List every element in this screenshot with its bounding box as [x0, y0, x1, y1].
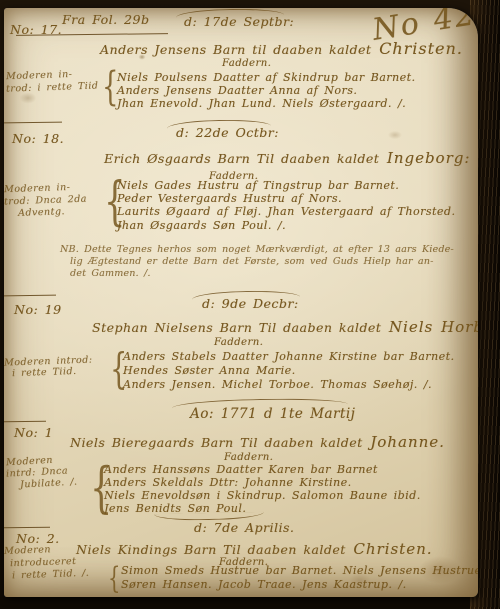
witness-line: Hendes Søster Anna Marie. — [123, 364, 296, 377]
witness-line: Niels Enevoldsøn i Skindrup. Salomon Bau… — [104, 489, 421, 502]
witness-line: Anders Skeldals Dttr: Johanne Kirstine. — [104, 476, 352, 489]
entry-title: Anders Jensens Barn til daaben kaldet — [100, 42, 371, 57]
date-heading: d: 9de Decbr: — [202, 296, 299, 311]
witness-line: Peder Vestergaards Hustru af Nors. — [117, 192, 342, 205]
witness-line: Anders Jensen. Michel Torboe. Thomas Søe… — [123, 378, 432, 391]
folio-reference: Fra Fol. 29b — [62, 12, 149, 27]
date-heading: d: 7de Aprilis. — [194, 520, 294, 535]
entry-title: Niels Kindings Barn Til daaben kaldet — [76, 542, 346, 557]
witness-line: Anders Hanssøns Daatter Karen bar Barnet — [104, 463, 378, 476]
entry-title: Niels Bieregaards Barn Til daaben kaldet — [70, 435, 363, 450]
entry-number: No: 1 — [14, 425, 53, 440]
entry-title: Erich Øsgaards Barn Til daaben kaldet — [104, 151, 379, 166]
margin-note: i rette Tiid. — [12, 366, 77, 379]
witness-heading: Faddern. — [214, 337, 263, 348]
witness-heading: Faddern. — [222, 58, 271, 69]
year-date-heading: Ao: 1771 d 1te Martij — [190, 406, 355, 422]
witness-line: Anders Stabels Daatter Johanne Kirstine … — [123, 350, 455, 363]
entry-number: No: 18. — [12, 131, 64, 146]
witness-heading: Faddern. — [224, 452, 273, 463]
witness-line: Anders Jensens Daatter Anna af Nors. — [117, 84, 357, 97]
witness-line: Søren Hansen. Jacob Traae. Jens Kaastrup… — [121, 578, 407, 591]
entry-title: Stephan Nielsens Barn Til daaben kaldet — [92, 320, 381, 335]
divider-rule — [4, 295, 56, 297]
margin-note: Moderen in- — [6, 69, 73, 82]
margin-note: i rette Tiid. /. — [12, 568, 90, 582]
marginal-remark: lig Ægtestand er dette Barn det Første, … — [70, 256, 434, 267]
witness-line: Niels Poulsens Daatter af Skindrup bar B… — [117, 71, 416, 84]
witness-line: Jhan Øsgaards Søn Poul. /. — [117, 219, 286, 232]
margin-note: trod: Dnca 2da — [4, 194, 87, 208]
margin-note: trod: i rette Tiid — [6, 80, 99, 94]
margin-note: Adventg. — [18, 206, 65, 219]
divider-rule — [4, 122, 62, 124]
marginal-remark: NB. Dette Tegnes herhos som noget Mærkvæ… — [60, 244, 454, 255]
date-heading: d: 22de Octbr: — [176, 125, 279, 140]
child-name: Ingeborg: — [387, 149, 471, 167]
witness-line: Niels Gades Hustru af Tingstrup bar Barn… — [117, 179, 399, 192]
child-name: Christen. — [379, 39, 463, 58]
date-heading: d: 17de Septbr: — [184, 14, 294, 29]
entry-number: No: 19 — [14, 302, 62, 317]
divider-rule — [4, 527, 50, 529]
marginal-remark: det Gammen. /. — [70, 268, 151, 279]
child-name: Niels Horboe. — [389, 318, 478, 336]
witness-brace: { — [108, 561, 120, 596]
margin-note: Jubilate. /. — [20, 477, 78, 491]
margin-note: Moderen in- — [4, 182, 70, 195]
child-name: Johanne. — [370, 433, 445, 451]
book-photo: No: 17. Fra Fol. 29b d: 17de Septbr: No … — [0, 0, 500, 609]
margin-note: Moderen — [4, 544, 51, 557]
witness-line: Laurits Øgaard af Fløj. Jhan Vestergaard… — [117, 205, 455, 218]
witness-line: Jhan Enevold. Jhan Lund. Niels Østergaar… — [117, 97, 406, 110]
margin-note: introduceret — [10, 556, 77, 569]
witness-line: Simon Smeds Hustrue bar Barnet. Niels Je… — [121, 564, 478, 577]
divider-rule — [4, 421, 46, 423]
register-page: No: 17. Fra Fol. 29b d: 17de Septbr: No … — [4, 8, 478, 597]
child-name: Christen. — [353, 540, 432, 558]
